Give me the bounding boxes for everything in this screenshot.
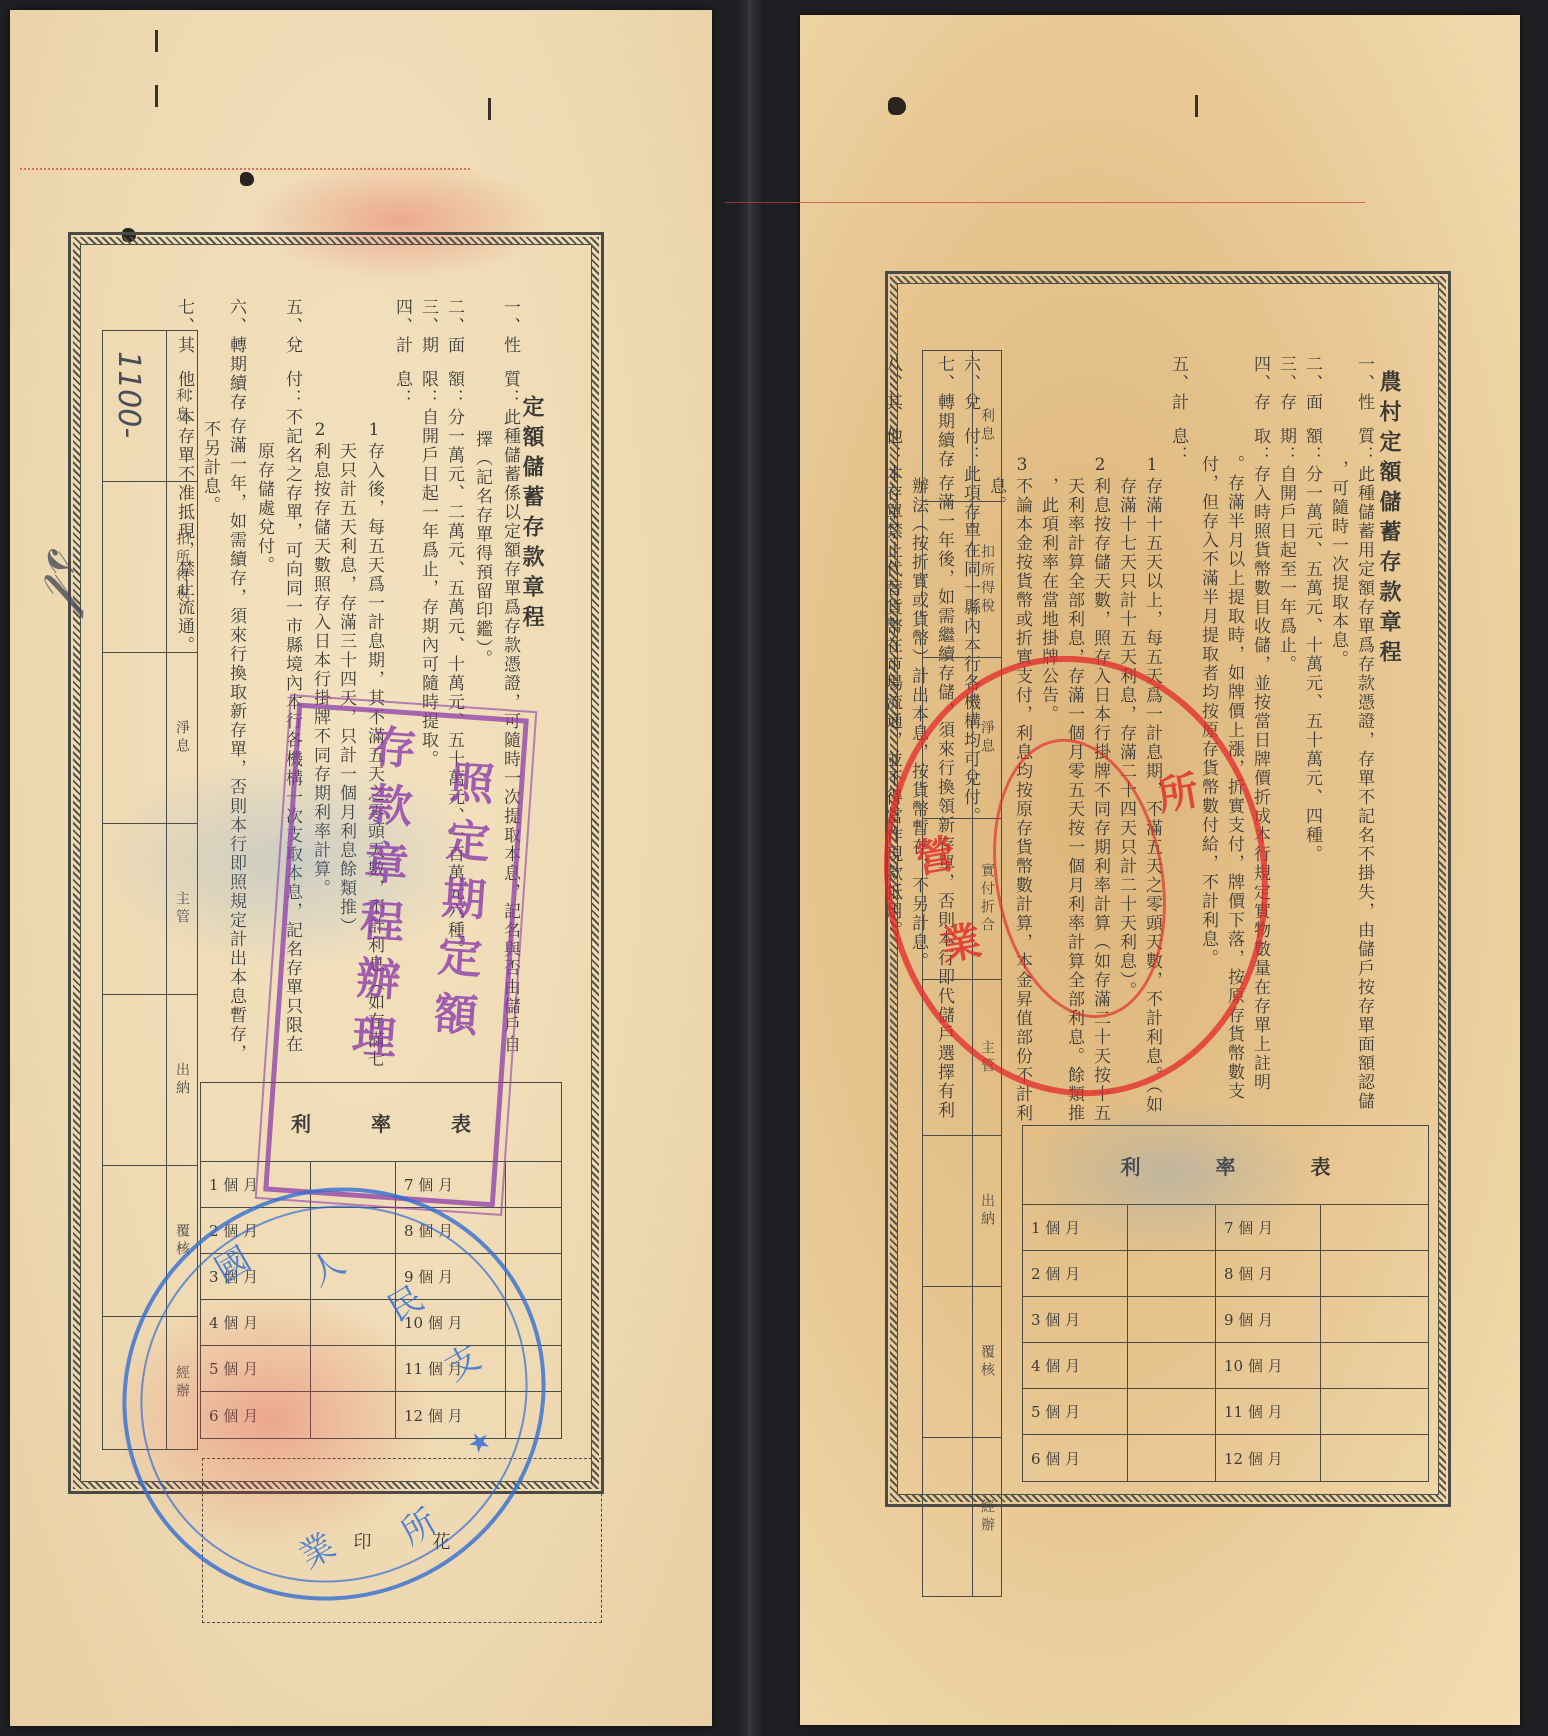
red-seal-char: 業	[936, 909, 985, 972]
rate-value-cell	[1128, 1343, 1216, 1389]
rule-6-label: 六、轉期續存	[222, 298, 250, 412]
handwritten-signature: 𝓈𝓁	[27, 545, 107, 600]
label-reviewer: 覆核	[973, 1287, 1001, 1438]
blue-seal-char: 所	[390, 1495, 444, 1554]
rule-5-label: 五、計	[1164, 355, 1192, 412]
rule-4-label: 四、存	[1246, 355, 1274, 412]
staple-mark	[155, 85, 158, 107]
rule-3-text: 期：自開戶日起至一年爲止。	[1272, 427, 1300, 674]
rule-6-cont: 不另計息。	[196, 420, 224, 515]
rule-4-label: 四、計	[388, 298, 416, 355]
rule-3-label: 三、存	[1272, 355, 1300, 412]
blue-seal-char: 業	[289, 1519, 343, 1578]
punch-hole	[888, 97, 906, 115]
rate-value-cell	[1321, 1389, 1428, 1435]
rate-value-cell	[1321, 1297, 1428, 1343]
label-interest: 利息	[973, 351, 1001, 502]
rate-value-cell	[506, 1208, 561, 1254]
rate-value-cell	[1321, 1251, 1428, 1297]
red-seal-char: 營	[910, 822, 959, 885]
label-income-tax: 扣所得稅	[973, 502, 1001, 658]
rate-term-5m: 5 個 月	[1023, 1389, 1128, 1435]
blue-seal-char: 人	[299, 1236, 353, 1295]
rate-term-6m: 6 個 月	[1023, 1435, 1128, 1481]
rule-2-label: 二、面	[1298, 355, 1326, 412]
blue-seal-char: 支	[434, 1331, 488, 1390]
rule-4-text: 息：	[388, 370, 416, 408]
rule-2-text: 額：分一萬元、五萬元、十萬元、五十萬元、四種。	[1298, 427, 1326, 864]
rate-value-cell	[1128, 1389, 1216, 1435]
rule-1-text: 質：此種儲蓄用定額存單爲存款憑證，存單不記名不掛失，由儲戶按存單面額認儲	[1350, 427, 1378, 1111]
rule-4-text: 取：存入時照貨幣數目收儲，並按當日牌價折成本行規定實物數量在存單上註明	[1246, 427, 1274, 1092]
label-cashier: 出納	[973, 1136, 1001, 1287]
rate-value-cell	[1321, 1435, 1428, 1481]
rate-term-10m: 10 個 月	[1216, 1343, 1321, 1389]
rate-value-cell	[1128, 1297, 1216, 1343]
rule-1-cont: ，可隨時一次提取本息。	[1324, 460, 1352, 669]
rule-5-text: 息：	[1164, 427, 1192, 465]
blue-seal-char: 國	[204, 1232, 258, 1291]
label-income-tax: 扣所得稅	[167, 482, 197, 653]
rule-1-cont: 擇（記名存單得預留印鑑）。	[468, 430, 496, 669]
purple-rectangular-stamp: 照定期定額 存款章程辦理	[263, 703, 529, 1208]
rate-term-3m: 3 個 月	[1023, 1297, 1128, 1343]
blue-seal-char: 民	[377, 1271, 431, 1330]
rate-term-9m: 9 個 月	[1216, 1297, 1321, 1343]
label-interest: 利息	[167, 331, 197, 482]
rate-value-cell	[1128, 1251, 1216, 1297]
rule-5-cont: 原存儲處兌付。	[250, 442, 278, 575]
document-title: 農村定額儲蓄存款章程	[1375, 370, 1403, 670]
rule-1-label: 一、性	[1350, 355, 1378, 412]
rate-term-12m: 12 個 月	[1216, 1435, 1321, 1481]
staple-mark	[488, 98, 491, 120]
label-cashier: 出納	[167, 995, 197, 1166]
purple-stamp-col-1: 照定期定額	[417, 757, 501, 1051]
interest-value-cell: 1100-	[103, 331, 166, 482]
tax-value-cell	[103, 482, 166, 653]
rate-value-cell	[1321, 1343, 1428, 1389]
cashier-value-cell	[103, 995, 166, 1166]
center-divider	[735, 0, 765, 1736]
perforation-line	[725, 202, 1365, 203]
rule-2-label: 二、面	[440, 298, 468, 355]
rate-term-11m: 11 個 月	[1216, 1389, 1321, 1435]
rule-5-label: 五、兌	[278, 298, 306, 355]
handwritten-interest-amount: 1100-	[111, 351, 146, 438]
blue-ink-smear	[1020, 1095, 1320, 1255]
rule-3-label: 三、期	[414, 298, 442, 355]
left-certificate: 定額儲蓄存款章程 一、性 質：此種儲蓄係以定額存單爲存款憑證，可隨時一次提取本息…	[10, 10, 712, 1726]
blue-seal-star-icon: ★	[462, 1424, 497, 1462]
staple-mark	[1195, 95, 1198, 117]
rate-value-cell	[1321, 1205, 1428, 1251]
rule-3-text: 限：自開戶日起一年爲止，存期內可隨時提取。	[414, 370, 442, 769]
rate-term-2m: 2 個 月	[1023, 1251, 1128, 1297]
rate-value-cell	[1128, 1435, 1216, 1481]
rule-8-label: 八、其	[878, 355, 906, 412]
rate-term-8m: 8 個 月	[1216, 1251, 1321, 1297]
rate-term-4m: 4 個 月	[1023, 1343, 1128, 1389]
rate-value-cell	[506, 1162, 561, 1208]
red-seal-char: 所	[1153, 759, 1202, 822]
rule-1-label: 一、性	[496, 298, 524, 355]
staple-mark	[155, 30, 158, 52]
right-certificate: 農村定額儲蓄存款章程 一、性 質：此種儲蓄用定額存單爲存款憑證，存單不記名不掛失…	[800, 15, 1520, 1725]
label-handler: 經辦	[973, 1438, 1001, 1596]
purple-stamp-col-2: 存款章程辦理	[335, 722, 423, 1074]
